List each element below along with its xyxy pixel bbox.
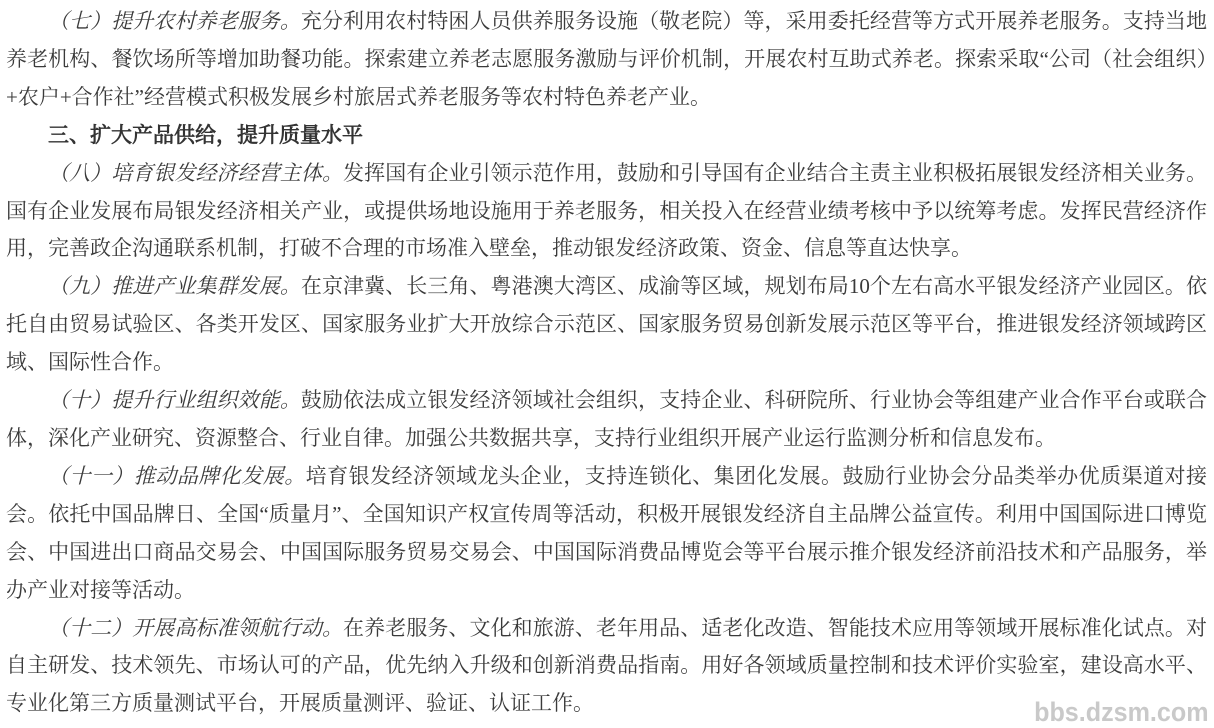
- paragraph-item-9: （九）推进产业集群发展。在京津冀、长三角、粤港澳大湾区、成渝等区域，规划布局10…: [6, 268, 1207, 382]
- policy-document: （七）提升农村养老服务。充分利用农村特困人员供养服务设施（敬老院）等，采用委托经…: [0, 0, 1214, 728]
- paragraph-item-7: （七）提升农村养老服务。充分利用农村特困人员供养服务设施（敬老院）等，采用委托经…: [6, 3, 1207, 117]
- site-watermark: bbs.dzsm.com: [1035, 697, 1209, 727]
- paragraph-item-12-lead: （十二）开展高标准领航行动。: [48, 616, 343, 640]
- paragraph-item-10-lead: （十）提升行业组织效能。: [48, 388, 301, 412]
- paragraph-item-9-lead: （九）推进产业集群发展。: [48, 274, 301, 298]
- paragraph-item-12: （十二）开展高标准领航行动。在养老服务、文化和旅游、老年用品、适老化改造、智能技…: [6, 610, 1207, 724]
- section-heading: 三、扩大产品供给，提升质量水平: [6, 117, 1207, 155]
- paragraph-item-10: （十）提升行业组织效能。鼓励依法成立银发经济领域社会组织，支持企业、科研院所、行…: [6, 382, 1207, 458]
- paragraph-item-7-lead: （七）提升农村养老服务。: [48, 9, 301, 33]
- paragraph-item-8: （八）培育银发经济经营主体。发挥国有企业引领示范作用，鼓励和引导国有企业结合主责…: [6, 155, 1207, 269]
- paragraph-item-8-lead: （八）培育银发经济经营主体。: [48, 161, 343, 185]
- paragraph-item-11: （十一）推动品牌化发展。培育银发经济领域龙头企业，支持连锁化、集团化发展。鼓励行…: [6, 458, 1207, 610]
- paragraph-item-11-lead: （十一）推动品牌化发展。: [48, 464, 306, 488]
